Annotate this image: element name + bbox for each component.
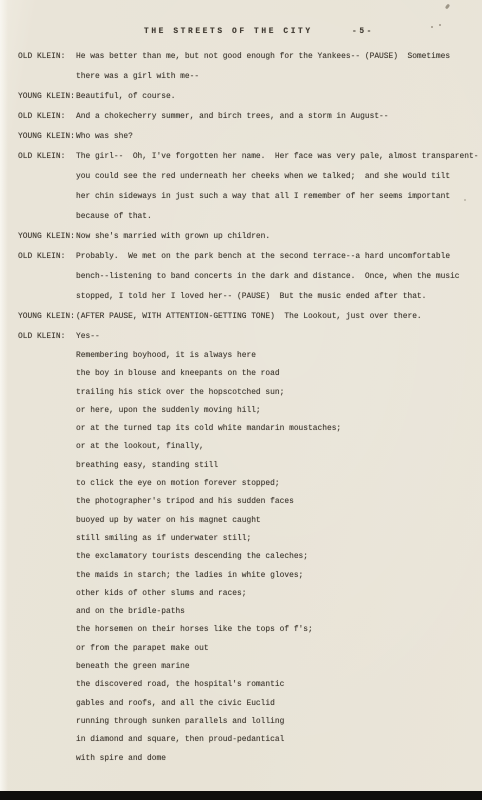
poem-block: Remembering boyhood, it is always here t… [76,347,478,768]
dialogue-line: Now she's married with grown up children… [76,227,478,247]
script-content: OLD KLEIN: He was better than me, but no… [18,47,478,768]
poem-line: the horsemen on their horses like the to… [76,621,478,639]
poem-line: or from the parapet make out [76,640,478,658]
paper-speck [445,4,450,10]
dialogue-line: Yes-- [76,327,478,347]
poem-line: other kids of other slums and races; [76,585,478,603]
poem-line: the boy in blouse and kneepants on the r… [76,365,478,383]
page-number: -5- [352,27,374,36]
poem-line: the exclamatory tourists descending the … [76,548,478,566]
poem-line: in diamond and square, then proud-pedant… [76,731,478,749]
dialogue-line: stopped, I told her I loved her-- (PAUSE… [76,287,478,307]
dialogue-line: there was a girl with me-- [76,67,478,87]
poem-line: the discovered road, the hospital's roma… [76,676,478,694]
speaker-label: OLD KLEIN: [18,147,76,167]
dialogue-line: (AFTER PAUSE, WITH ATTENTION-GETTING TON… [76,307,478,327]
dialogue-line: The girl-- Oh, I've forgotten her name. … [76,147,478,167]
paper-edge-highlight [0,0,8,800]
dialogue-turn: YOUNG KLEIN: (AFTER PAUSE, WITH ATTENTIO… [18,307,478,327]
dialogue-line: Probably. We met on the park bench at th… [76,247,478,267]
dialogue-turn: OLD KLEIN: Yes-- [18,327,478,347]
dialogue-turn: YOUNG KLEIN: Who was she? [18,127,478,147]
dialogue-turn: OLD KLEIN: The girl-- Oh, I've forgotten… [18,147,478,227]
speaker-label: OLD KLEIN: [18,247,76,267]
dialogue-line: Who was she? [76,127,478,147]
dialogue-line: her chin sideways in just such a way tha… [76,187,478,207]
poem-line: the photographer's tripod and his sudden… [76,493,478,511]
poem-line: or here, upon the suddenly moving hill; [76,402,478,420]
poem-line: or at the turned tap its cold white mand… [76,420,478,438]
speaker-label: YOUNG KLEIN: [18,127,76,147]
dialogue-turn: OLD KLEIN: He was better than me, but no… [18,47,478,87]
speaker-label: YOUNG KLEIN: [18,87,76,107]
dialogue-line: Beautiful, of course. [76,87,478,107]
dialogue-line: He was better than me, but not good enou… [76,47,478,67]
speaker-label: OLD KLEIN: [18,47,76,67]
dialogue-turn: YOUNG KLEIN: Now she's married with grow… [18,227,478,247]
document-header: THE STREETS OF THE CITY -5- [0,27,482,39]
paper-speck [439,24,441,26]
poem-line: and on the bridle-paths [76,603,478,621]
poem-line: beneath the green marine [76,658,478,676]
poem-line: running through sunken parallels and lol… [76,713,478,731]
dialogue-line: you could see the red underneath her che… [76,167,478,187]
poem-line: trailing his stick over the hopscotched … [76,384,478,402]
dialogue-turn: OLD KLEIN: Probably. We met on the park … [18,247,478,307]
dialogue-line: And a chokecherry summer, and birch tree… [76,107,478,127]
poem-line: buoyed up by water on his magnet caught [76,512,478,530]
dialogue-turn: YOUNG KLEIN: Beautiful, of course. [18,87,478,107]
bottom-scan-bar [0,791,482,800]
poem-line: breathing easy, standing still [76,457,478,475]
speaker-label: YOUNG KLEIN: [18,307,76,327]
poem-line: the maids in starch; the ladies in white… [76,567,478,585]
script-page: THE STREETS OF THE CITY -5- OLD KLEIN: H… [0,0,482,800]
poem-line: Remembering boyhood, it is always here [76,347,478,365]
poem-line: gables and roofs, and all the civic Eucl… [76,695,478,713]
poem-line: still smiling as if underwater still; [76,530,478,548]
poem-line: or at the lookout, finally, [76,438,478,456]
speaker-label: OLD KLEIN: [18,327,76,347]
dialogue-line: bench--listening to band concerts in the… [76,267,478,287]
speaker-label: YOUNG KLEIN: [18,227,76,247]
dialogue-turn: OLD KLEIN: And a chokecherry summer, and… [18,107,478,127]
poem-line: with spire and dome [76,750,478,768]
page-title: THE STREETS OF THE CITY [144,27,313,36]
speaker-label: OLD KLEIN: [18,107,76,127]
poem-line: to click the eye on motion forever stopp… [76,475,478,493]
dialogue-line: because of that. [76,207,478,227]
